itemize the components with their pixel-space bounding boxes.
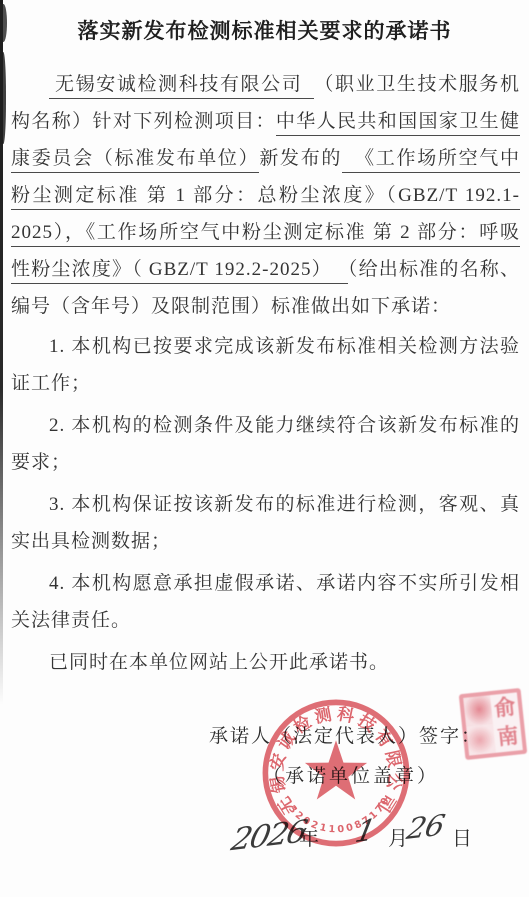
- day-label: 日: [452, 822, 472, 851]
- closing-statement: 已同时在本单位网站上公开此承诺书。: [11, 644, 520, 681]
- commitment-letter-page: 落实新发布检测标准相关要求的承诺书 无锡安诚检测科技有限公司（职业卫生技术服务机…: [0, 0, 529, 897]
- org-name-fill-in: 无锡安诚检测科技有限公司: [49, 74, 314, 99]
- document-body: 无锡安诚检测科技有限公司（职业卫生技术服务机构名称）针对下列检测项目：中华人民共…: [0, 66, 529, 788]
- intro-template-text-2: 新发布的: [259, 148, 342, 169]
- name-seal-char-bottom-right: 南: [493, 721, 523, 753]
- company-round-seal: 无锡安诚检测科技有限公司 3202110087170: [249, 686, 423, 860]
- commitment-item-4: 4. 本机构愿意承担虚假承诺、承诺内容不实所引发相关法律责任。: [11, 565, 520, 639]
- name-seal-char-top-right: 俞: [490, 692, 520, 724]
- name-seal-char-bottom-left: [466, 724, 496, 756]
- intro-paragraph: 无锡安诚检测科技有限公司（职业卫生技术服务机构名称）针对下列检测项目：中华人民共…: [11, 66, 520, 325]
- scan-artifact-blob-top: [0, 4, 7, 42]
- commitment-item-3: 3. 本机构保证按该新发布的标准进行检测，客观、真实出具检测数据；: [11, 486, 520, 560]
- document-title: 落实新发布检测标准相关要求的承诺书: [0, 0, 529, 45]
- personal-name-seal: 俞 南: [459, 688, 528, 760]
- name-seal-char-top-left: [463, 695, 493, 727]
- commitment-item-1: 1. 本机构已按要求完成该新发布标准相关检测方法验证工作；: [11, 328, 520, 402]
- scan-artifact-blob: [0, 52, 6, 144]
- seal-star-icon: [305, 740, 367, 799]
- commitment-item-2: 2. 本机构的检测条件及能力继续符合该新发布标准的要求；: [11, 407, 520, 481]
